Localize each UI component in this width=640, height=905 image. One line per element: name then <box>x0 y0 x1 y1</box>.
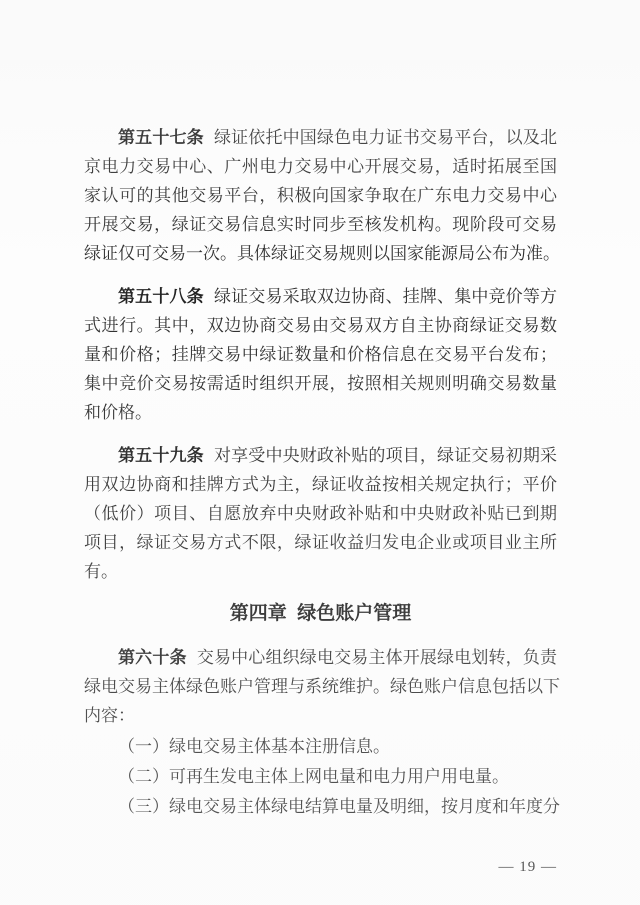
text-line: 第五十八条绿证交易采取双边协商、挂牌、集中竞价等方 <box>84 282 557 311</box>
account-info-list: （一）绿电交易主体基本注册信息。 （二）可再生发电主体上网电量和电力用户用电量。… <box>84 732 557 822</box>
article-paragraph-57: 第五十七条绿证依托中国绿色电力证书交易平台，以及北 京电力交易中心、广州电力交易… <box>84 123 557 268</box>
text-line: （低价）项目、自愿放弃中央财政补贴和中央财政补贴已到期 <box>84 499 557 528</box>
text-line: 和价格。 <box>84 398 557 427</box>
article-paragraph-58: 第五十八条绿证交易采取双边协商、挂牌、集中竞价等方 式进行。其中，双边协商交易由… <box>84 282 557 427</box>
text-line: 式进行。其中，双边协商交易由交易双方自主协商绿证交易数 <box>84 311 557 340</box>
article-text: 对享受中央财政补贴的项目，绿证交易初期采 <box>214 446 557 465</box>
chapter-title: 绿色账户管理 <box>297 603 411 624</box>
page-number: — 19 — <box>499 859 558 875</box>
article-text: 绿证交易采取双边协商、挂牌、集中竞价等方 <box>214 287 557 306</box>
text-line: 项目，绿证交易方式不限，绿证收益归发电企业或项目业主所 <box>84 528 557 557</box>
text-line: 京电力交易中心、广州电力交易中心开展交易，适时拓展至国 <box>84 152 557 181</box>
text-line: 绿电交易主体绿色账户管理与系统维护。绿色账户信息包括以下 <box>84 672 557 701</box>
list-item-2: （二）可再生发电主体上网电量和电力用户用电量。 <box>84 762 557 792</box>
chapter-heading: 第四章绿色账户管理 <box>84 599 557 629</box>
document-page: 第五十七条绿证依托中国绿色电力证书交易平台，以及北 京电力交易中心、广州电力交易… <box>0 0 640 905</box>
text-line: 用双边协商和挂牌方式为主，绿证收益按相关规定执行；平价 <box>84 470 557 499</box>
text-line: 有。 <box>84 557 557 586</box>
text-line: 内容： <box>84 701 557 730</box>
list-item-3: （三）绿电交易主体绿电结算电量及明细，按月度和年度分 <box>84 792 557 822</box>
article-paragraph-59: 第五十九条对享受中央财政补贴的项目，绿证交易初期采 用双边协商和挂牌方式为主，绿… <box>84 441 557 586</box>
text-line: 第五十九条对享受中央财政补贴的项目，绿证交易初期采 <box>84 441 557 470</box>
text-line: 开展交易，绿证交易信息实时同步至核发机构。现阶段可交易 <box>84 210 557 239</box>
article-text: 交易中心组织绿电交易主体开展绿电划转，负责 <box>197 648 557 667</box>
list-item-1: （一）绿电交易主体基本注册信息。 <box>84 732 557 762</box>
text-line: 量和价格；挂牌交易中绿证数量和价格信息在交易平台发布； <box>84 340 557 369</box>
chapter-number: 第四章 <box>230 603 287 624</box>
text-line: 绿证仅可交易一次。具体绿证交易规则以国家能源局公布为准。 <box>84 239 557 268</box>
text-block: 第五十七条绿证依托中国绿色电力证书交易平台，以及北 京电力交易中心、广州电力交易… <box>84 123 557 876</box>
article-text: 绿证依托中国绿色电力证书交易平台，以及北 <box>214 128 557 147</box>
text-line: 集中竞价交易按需适时组织开展，按照相关规则明确交易数量 <box>84 369 557 398</box>
text-line: 家认可的其他交易平台，积极向国家争取在广东电力交易中心 <box>84 181 557 210</box>
article-number: 第六十条 <box>118 648 187 667</box>
text-line: 第五十七条绿证依托中国绿色电力证书交易平台，以及北 <box>84 123 557 152</box>
page-footer: — 19 — <box>84 858 557 876</box>
article-number: 第五十九条 <box>118 446 204 465</box>
article-number: 第五十八条 <box>118 287 204 306</box>
article-number: 第五十七条 <box>118 128 204 147</box>
article-paragraph-60: 第六十条交易中心组织绿电交易主体开展绿电划转，负责 绿电交易主体绿色账户管理与系… <box>84 643 557 730</box>
text-line: 第六十条交易中心组织绿电交易主体开展绿电划转，负责 <box>84 643 557 672</box>
